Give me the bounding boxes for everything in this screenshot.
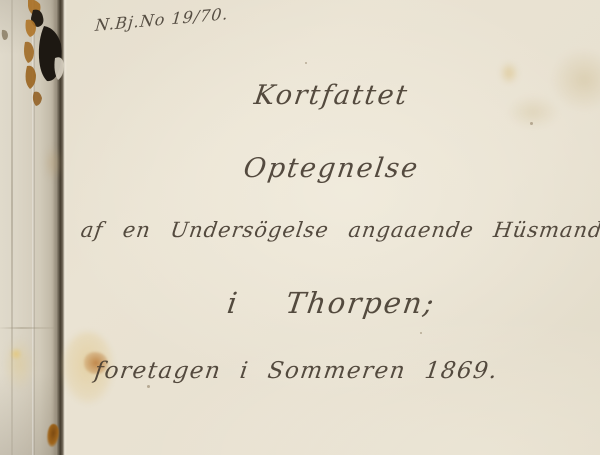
subtitle-line: af en Undersögelse angaaende Hüsmandsvæs… [61, 218, 600, 242]
gutter-smudge [44, 146, 62, 180]
foxing-stain-edge-strip [4, 338, 34, 390]
place-line: i Thorpen; [61, 286, 600, 320]
date-line: foretagen i Sommeren 1869. [61, 358, 532, 384]
paper-speck [147, 385, 150, 388]
manuscript-scan: N.Bj.No 19/70. Kortfattet Optegnelse af … [0, 0, 600, 455]
title-line-2: Optegnelse [61, 153, 600, 184]
horizontal-crease [0, 327, 54, 329]
foxing-stain-edge-core [10, 348, 22, 360]
paper-speck [420, 332, 422, 334]
title-line-1: Kortfattet [61, 80, 600, 111]
paper-speck [305, 62, 307, 64]
paper-speck [530, 122, 533, 125]
